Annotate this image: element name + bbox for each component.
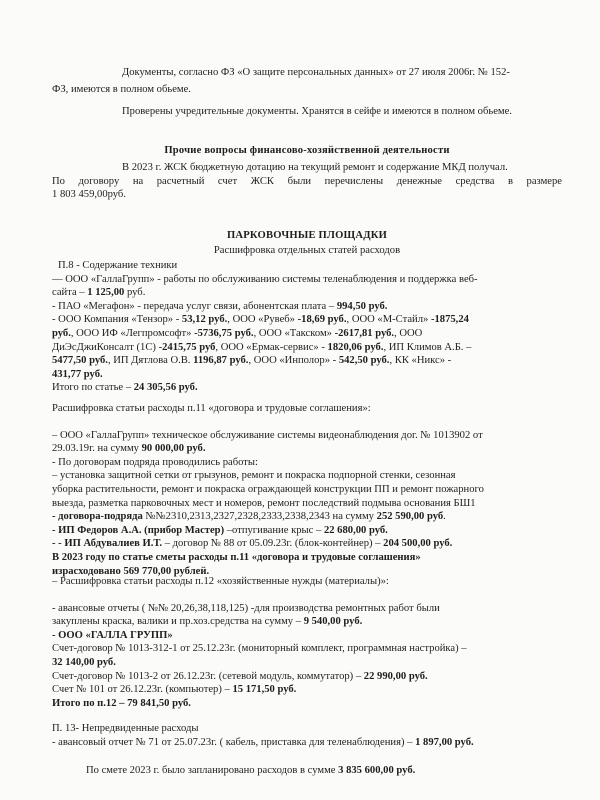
amount: -5736,75 руб. xyxy=(194,328,253,339)
document-page: Документы, согласно ФЗ «О защите персона… xyxy=(0,0,600,800)
section-header: Расшифровка статьи расходы п.11 «договор… xyxy=(52,402,562,416)
section-header: – Расшифровка статьи расходы п.12 «хозяй… xyxy=(52,575,562,589)
text-line: Документы, согласно ФЗ «О защите персона… xyxy=(52,66,562,80)
text: , ООО «Рувеб» xyxy=(227,314,297,325)
text-line: – установка защитной сетки от грызунов, … xyxy=(52,469,562,483)
section-total: Итого по статье – 24 305,56 руб. xyxy=(52,381,562,395)
text-line: уборка растительности, ремонт и покраска… xyxy=(52,483,562,497)
text: ДиЭсДжиКонсалт (1С) - xyxy=(52,342,162,353)
text: – договор № 88 от 05.09.23г. (блок-конте… xyxy=(162,538,383,549)
amount: 542,50 руб. xyxy=(339,355,390,366)
text: –отпугивание крыс – xyxy=(224,525,324,536)
section-p13: П. 13- Непредвиденные расходы - авансовы… xyxy=(52,722,562,749)
section-total: Итого по п.12 – 79 841,50 руб. xyxy=(52,697,562,711)
text-line: выезда, разметка парковочных мест и номе… xyxy=(52,497,562,511)
text-line: – ООО «ГаллаГрупп» техническое обслужива… xyxy=(52,429,562,443)
section-p11: Расшифровка статьи расходы п.11 «договор… xyxy=(52,402,562,578)
text-line: 431,77 руб. xyxy=(52,368,562,382)
text: сайта – xyxy=(52,287,87,298)
text-line: ДиЭсДжиКонсалт (1С) -2415,75 руб, ООО «Е… xyxy=(52,341,562,355)
amount: -1875,24 xyxy=(431,314,469,325)
text-line: — ООО «ГаллаГрупп» - работы по обслужива… xyxy=(52,273,562,287)
section-header: П.8 - Содержание техники xyxy=(52,259,562,273)
section-p8: П.8 - Содержание техники — ООО «ГаллаГру… xyxy=(52,259,562,395)
text-line: По смете 2023 г. было запланировано расх… xyxy=(52,764,562,778)
text: - ПАО «Мегафон» - передача услуг связи, … xyxy=(52,301,337,312)
text: , ООО «Такском» xyxy=(254,328,335,339)
text-line: 1 803 459,00руб. xyxy=(52,188,562,202)
text: Итого по статье – xyxy=(52,382,134,393)
amount: руб. xyxy=(52,328,71,339)
text: , ООО «Инполор» - xyxy=(248,355,338,366)
personal-data-paragraph: Документы, согласно ФЗ «О защите персона… xyxy=(52,66,562,96)
text-line: - договора-подряда №№2310,2313,2327,2328… xyxy=(52,510,562,524)
text: - - ИП Абдувалиев И.Т. xyxy=(52,538,162,549)
text: По смете 2023 г. было запланировано расх… xyxy=(86,765,338,776)
text-line: Проверены учредительные документы. Храня… xyxy=(52,105,562,119)
budget-summary: По смете 2023 г. было запланировано расх… xyxy=(52,764,562,778)
parking-heading: ПАРКОВОЧНЫЕ ПЛОЩАДКИ xyxy=(52,229,562,243)
text: руб. xyxy=(124,287,145,298)
text: , ИП Дятлова О.В. xyxy=(108,355,193,366)
founding-docs-paragraph: Проверены учредительные документы. Храня… xyxy=(52,105,562,119)
text: , ООО «М-Стайл» xyxy=(347,314,431,325)
text-line: - авансовый отчет № 71 от 25.07.23г. ( к… xyxy=(52,736,562,750)
text-line: 5477,50 руб., ИП Дятлова О.В. 1196,87 ру… xyxy=(52,354,562,368)
amount: 1 897,00 руб. xyxy=(415,737,474,748)
amount: 994,50 руб. xyxy=(337,301,388,312)
text: . xyxy=(443,511,446,522)
amount: 204 500,00 руб. xyxy=(383,538,452,549)
section-p12: – Расшифровка статьи расходы п.12 «хозяй… xyxy=(52,575,562,710)
text-line: Счет-договор № 1013-312-1 от 25.12.23г. … xyxy=(52,642,562,656)
text: 29.03.19г. на сумму xyxy=(52,443,142,454)
amount: -2617,81 руб. xyxy=(335,328,394,339)
text-line: По договору на расчетный счет ЖСК были п… xyxy=(52,175,562,189)
text: Счет-договор № 1013-2 от 26.12.23г. (сет… xyxy=(52,671,364,682)
section-header: П. 13- Непредвиденные расходы xyxy=(52,722,562,736)
text-line: - ИП Федоров А.А. (прибор Мастер) –отпуг… xyxy=(52,524,562,538)
text: , ООО «Ермак-сервис» - xyxy=(215,342,327,353)
amount: 252 590,00 руб xyxy=(377,511,444,522)
amount: 1 125,00 xyxy=(87,287,124,298)
text: - ООО Компания «Тензор» - xyxy=(52,314,182,325)
text: №№2310,2313,2327,2328,2333,2338,2343 на … xyxy=(145,511,376,522)
amount: -18,69 руб. xyxy=(298,314,347,325)
text-line: - ООО Компания «Тензор» - 53,12 руб., ОО… xyxy=(52,313,562,327)
text-line: - ООО «ГАЛЛА ГРУПП» xyxy=(52,629,562,643)
text-line: Счет № 101 от 26.12.23г. (компьютер) – 1… xyxy=(52,683,562,697)
text-line: - По договорам подряда проводились работ… xyxy=(52,456,562,470)
subsidy-paragraph: В 2023 г. ЖСК бюджетную дотацию на текущ… xyxy=(52,161,562,202)
amount: 22 990,00 руб. xyxy=(364,671,428,682)
text-line: - авансовые отчеты ( №№ 20,26,38,118,125… xyxy=(52,602,562,616)
section-total: В 2023 году по статье сметы расходы п.11… xyxy=(52,551,562,565)
parking-subtitle: Расшифровка отдельных статей расходов xyxy=(52,244,562,258)
amount: 90 000,00 руб. xyxy=(142,443,206,454)
amount: 3 835 600,00 руб. xyxy=(338,765,415,776)
amount: 1820,06 руб. xyxy=(328,342,384,353)
text-line: 32 140,00 руб. xyxy=(52,656,562,670)
text-line: - ПАО «Мегафон» - передача услуг связи, … xyxy=(52,300,562,314)
amount: 22 680,00 руб. xyxy=(324,525,388,536)
amount: 2415,75 руб xyxy=(162,342,215,353)
text-line: - - ИП Абдувалиев И.Т. – договор № 88 от… xyxy=(52,537,562,551)
text-line: сайта – 1 125,00 руб. xyxy=(52,286,562,300)
text-line: ФЗ, имеются в полном обьеме. xyxy=(52,83,562,97)
text-line: закуплены краска, валики и пр.хоз.средст… xyxy=(52,615,562,629)
text: - ИП Федоров А.А. (прибор Мастер) xyxy=(52,525,224,536)
amount: 1196,87 руб. xyxy=(193,355,248,366)
text: , ИП Климов А.Б. – xyxy=(383,342,471,353)
amount: 24 305,56 руб. xyxy=(134,382,198,393)
other-questions-heading: Прочие вопросы финансово-хозяйственной д… xyxy=(52,144,562,158)
text-line: Счет-договор № 1013-2 от 26.12.23г. (сет… xyxy=(52,670,562,684)
text-line: руб., ООО ИФ «Легпромсофт» -5736,75 руб.… xyxy=(52,327,562,341)
amount: 53,12 руб. xyxy=(182,314,227,325)
text: - авансовый отчет № 71 от 25.07.23г. ( к… xyxy=(52,737,415,748)
text: закуплены краска, валики и пр.хоз.средст… xyxy=(52,616,304,627)
amount: 9 540,00 руб. xyxy=(304,616,363,627)
amount: 5477,50 руб. xyxy=(52,355,108,366)
text: - договора-подряда xyxy=(52,511,145,522)
amount: 15 171,50 руб. xyxy=(232,684,296,695)
text: Счет № 101 от 26.12.23г. (компьютер) – xyxy=(52,684,232,695)
text: , ООО ИФ «Легпромсофт» xyxy=(71,328,194,339)
text-line: В 2023 г. ЖСК бюджетную дотацию на текущ… xyxy=(52,161,562,175)
text: , КК «Никс» - xyxy=(389,355,451,366)
text: , ООО xyxy=(394,328,422,339)
text-line: 29.03.19г. на сумму 90 000,00 руб. xyxy=(52,442,562,456)
